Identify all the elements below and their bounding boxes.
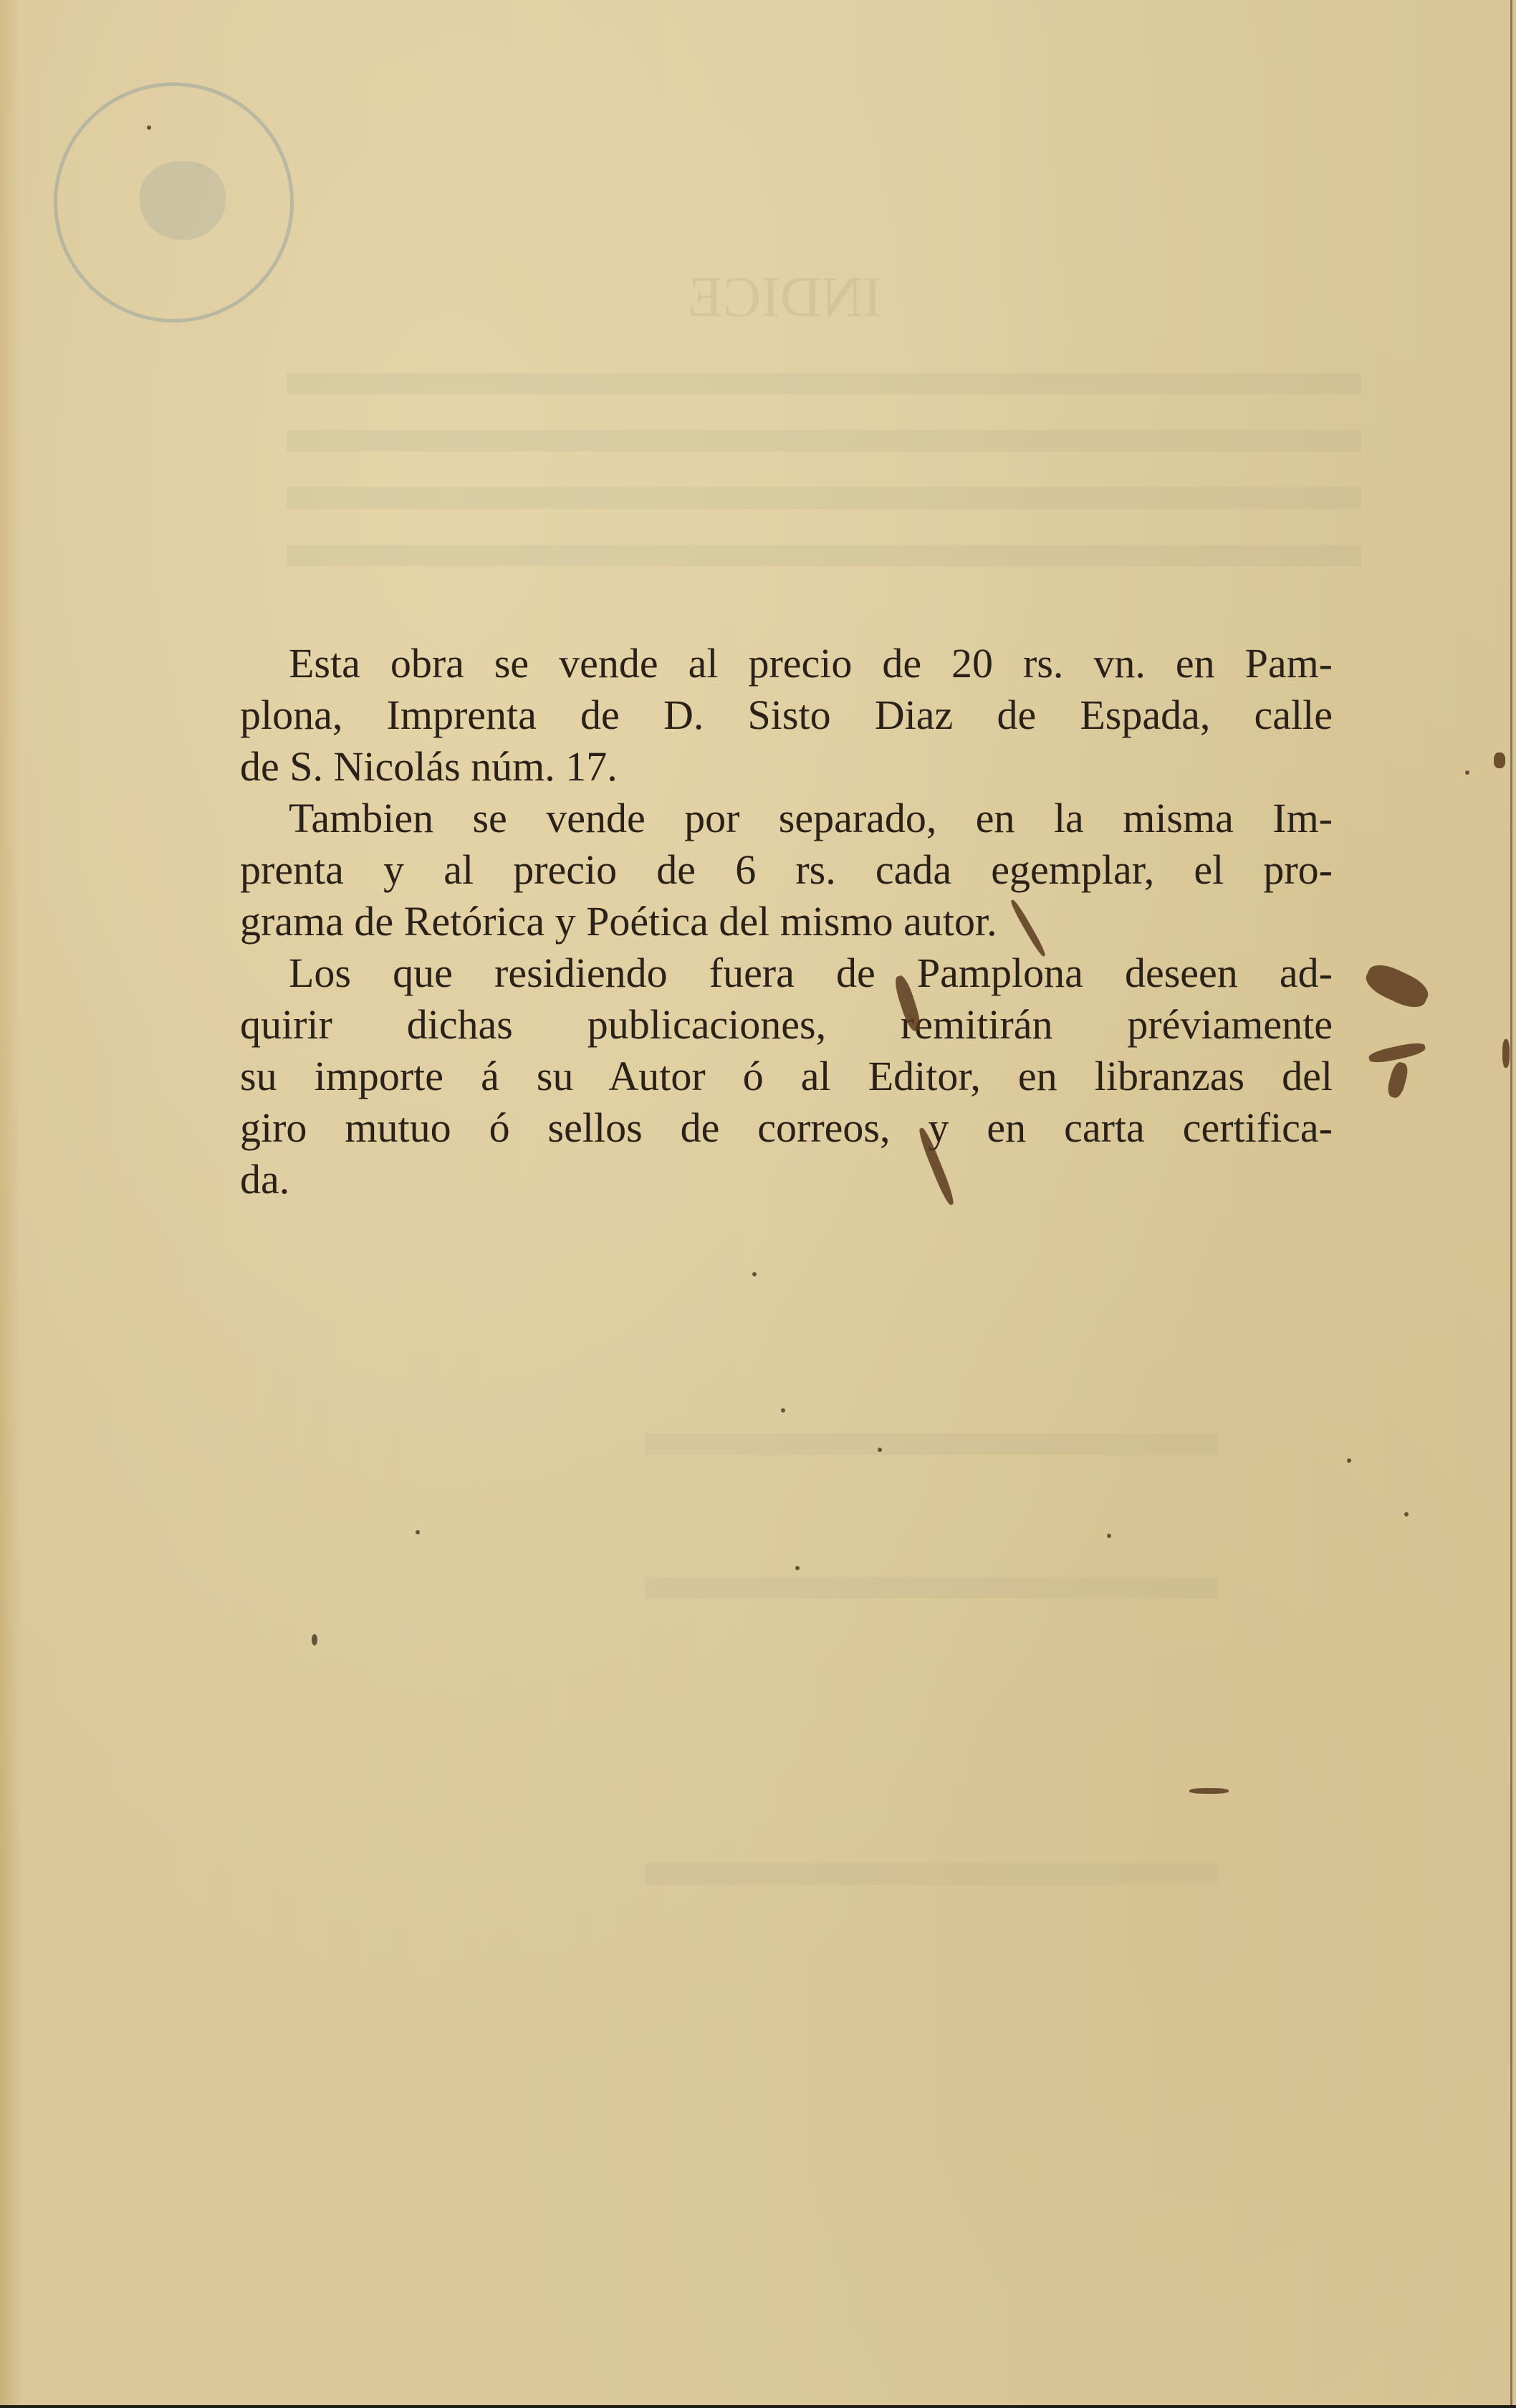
text-line: quirir dichas publicaciones, remitirán p… [240, 999, 1333, 1051]
paragraph-price: Esta obra se vende al precio de 20 rs. v… [240, 638, 1333, 793]
speck [312, 1634, 317, 1645]
text-line: plona, Imprenta de D. Sisto Diaz de Espa… [240, 689, 1333, 741]
text-line: Esta obra se vende al precio de 20 rs. v… [240, 638, 1333, 689]
speck [1465, 770, 1469, 775]
bleed-through-line [645, 1863, 1218, 1885]
speck [1107, 1534, 1111, 1538]
paragraph-separate-sale: Tambien se vende por separado, en la mis… [240, 793, 1333, 947]
text-line: su importe á su Autor ó al Editor, en li… [240, 1051, 1333, 1102]
speck [795, 1566, 800, 1570]
bleed-through-heading: INDICE [688, 265, 882, 330]
text-line: grama de Retórica y Poética del mismo au… [240, 896, 1333, 947]
ink-stain [1386, 1061, 1410, 1099]
text-line: Tambien se vende por separado, en la mis… [240, 793, 1333, 844]
bleed-through-line [645, 1577, 1218, 1598]
ink-stain [1494, 752, 1505, 768]
bleed-through-line [287, 373, 1361, 394]
speck [878, 1448, 882, 1452]
speck [781, 1408, 785, 1413]
scanned-page: INDICE Esta obra se vende al precio de 2… [0, 0, 1513, 2405]
text-line: Los que residiendo fuera de Pamplona des… [240, 947, 1333, 999]
text-line: da. [240, 1154, 1333, 1205]
bleed-through-line [287, 487, 1361, 509]
stamp-emblem-icon [140, 161, 226, 240]
speck [1404, 1512, 1409, 1516]
speck [147, 125, 151, 130]
text-line: prenta y al precio de 6 rs. cada egempla… [240, 844, 1333, 896]
speck [416, 1530, 420, 1534]
text-line: giro mutuo ó sellos de correos, y en car… [240, 1102, 1333, 1154]
text-line: de S. Nicolás núm. 17. [240, 741, 1333, 793]
ink-stain [1361, 959, 1432, 1013]
ink-stain [1368, 1041, 1426, 1065]
sales-notice: Esta obra se vende al precio de 20 rs. v… [240, 638, 1333, 1205]
speck [1347, 1458, 1351, 1463]
scan-border [0, 2405, 1516, 2408]
bleed-through-line [287, 545, 1361, 566]
bleed-through-line [645, 1433, 1218, 1455]
page-edge [1510, 0, 1512, 2405]
ink-stain [1502, 1039, 1510, 1068]
ink-stain [1189, 1788, 1229, 1794]
library-stamp-icon [54, 82, 294, 322]
bleed-through-line [287, 430, 1361, 451]
speck [752, 1272, 757, 1276]
paragraph-remote-orders: Los que residiendo fuera de Pamplona des… [240, 947, 1333, 1205]
